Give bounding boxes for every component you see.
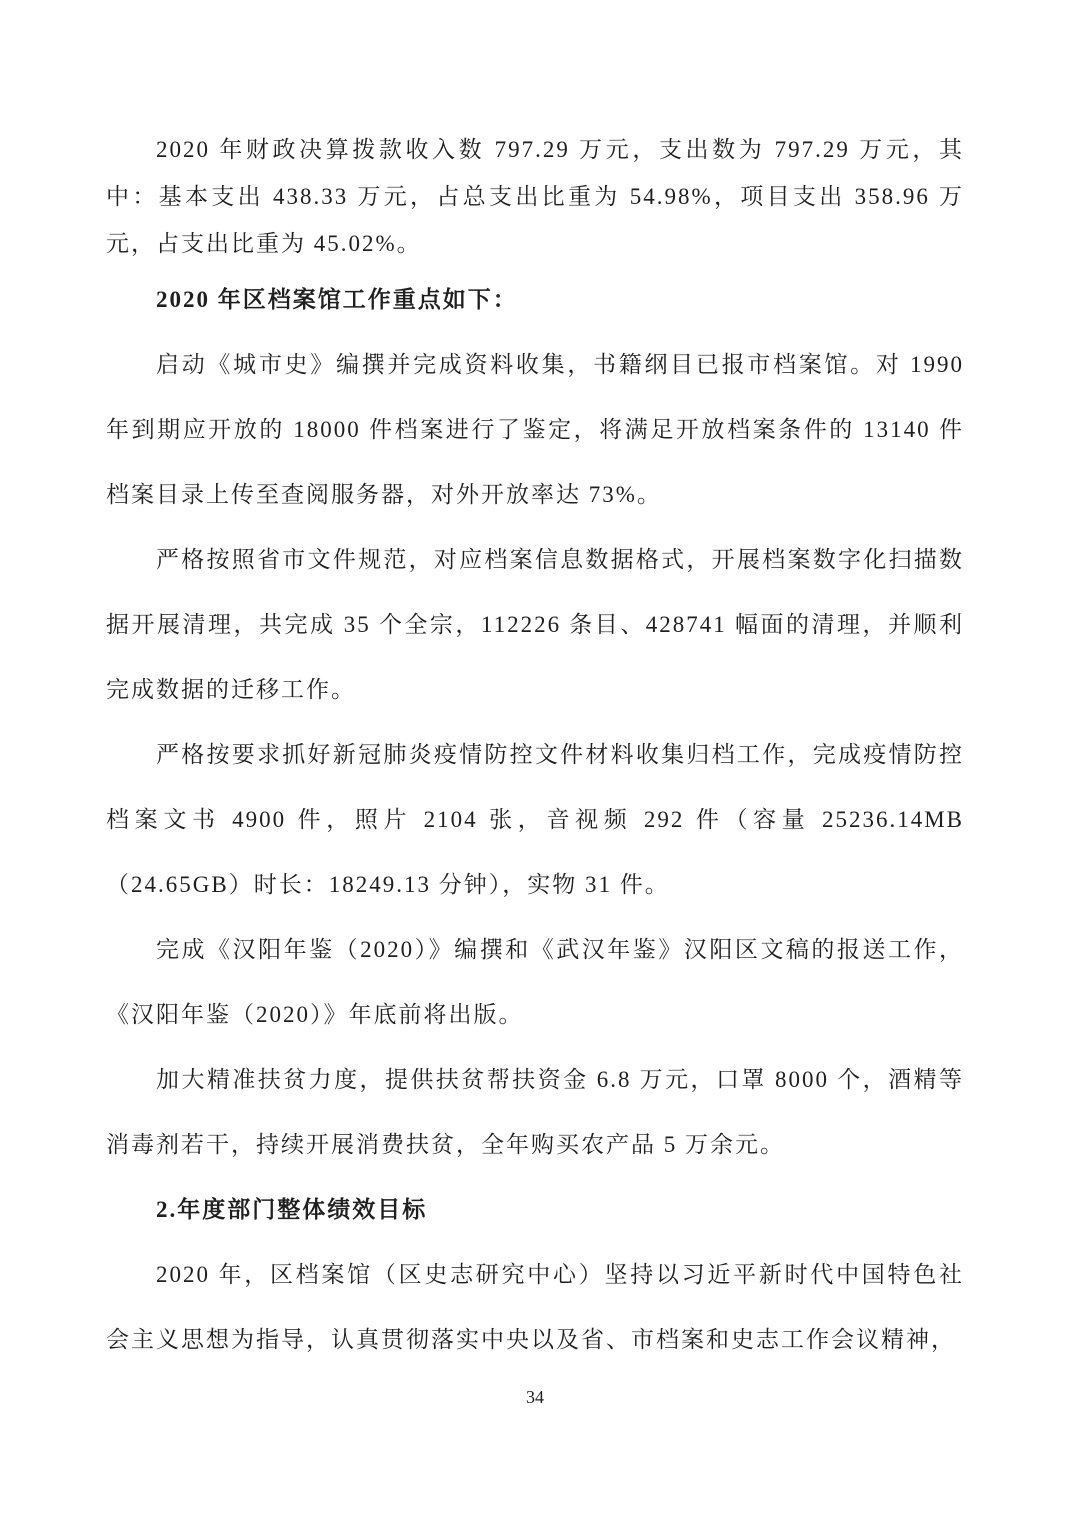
paragraph-guiding-ideology: 2020 年，区档案馆（区史志研究中心）坚持以习近平新时代中国特色社会主义思想为… (106, 1242, 964, 1372)
document-page: 2020 年财政决算拨款收入数 797.29 万元，支出数为 797.29 万元… (0, 0, 1076, 1522)
page-number: 34 (106, 1383, 964, 1411)
section-heading-annual-performance-goals: 2.年度部门整体绩效目标 (106, 1177, 964, 1242)
paragraph-digitization-data-cleanup: 严格按照省市文件规范，对应档案信息数据格式，开展档案数字化扫描数据开展清理，共完… (106, 527, 964, 722)
paragraph-city-history-and-archive-appraisal: 启动《城市史》编撰并完成资料收集，书籍纲目已报市档案馆。对 1990 年到期应开… (106, 332, 964, 527)
paragraph-poverty-alleviation: 加大精准扶贫力度，提供扶贫帮扶资金 6.8 万元，口罩 8000 个，酒精等消毒… (106, 1047, 964, 1177)
paragraph-covid-archive-collection: 严格按要求抓好新冠肺炎疫情防控文件材料收集归档工作，完成疫情防控档案文书 490… (106, 722, 964, 917)
section-heading-work-highlights: 2020 年区档案馆工作重点如下： (106, 267, 964, 332)
paragraph-fiscal-final-accounts: 2020 年财政决算拨款收入数 797.29 万元，支出数为 797.29 万元… (106, 126, 964, 267)
paragraph-yearbook-compilation: 完成《汉阳年鉴（2020）》编撰和《武汉年鉴》汉阳区文稿的报送工作，《汉阳年鉴（… (106, 917, 964, 1047)
